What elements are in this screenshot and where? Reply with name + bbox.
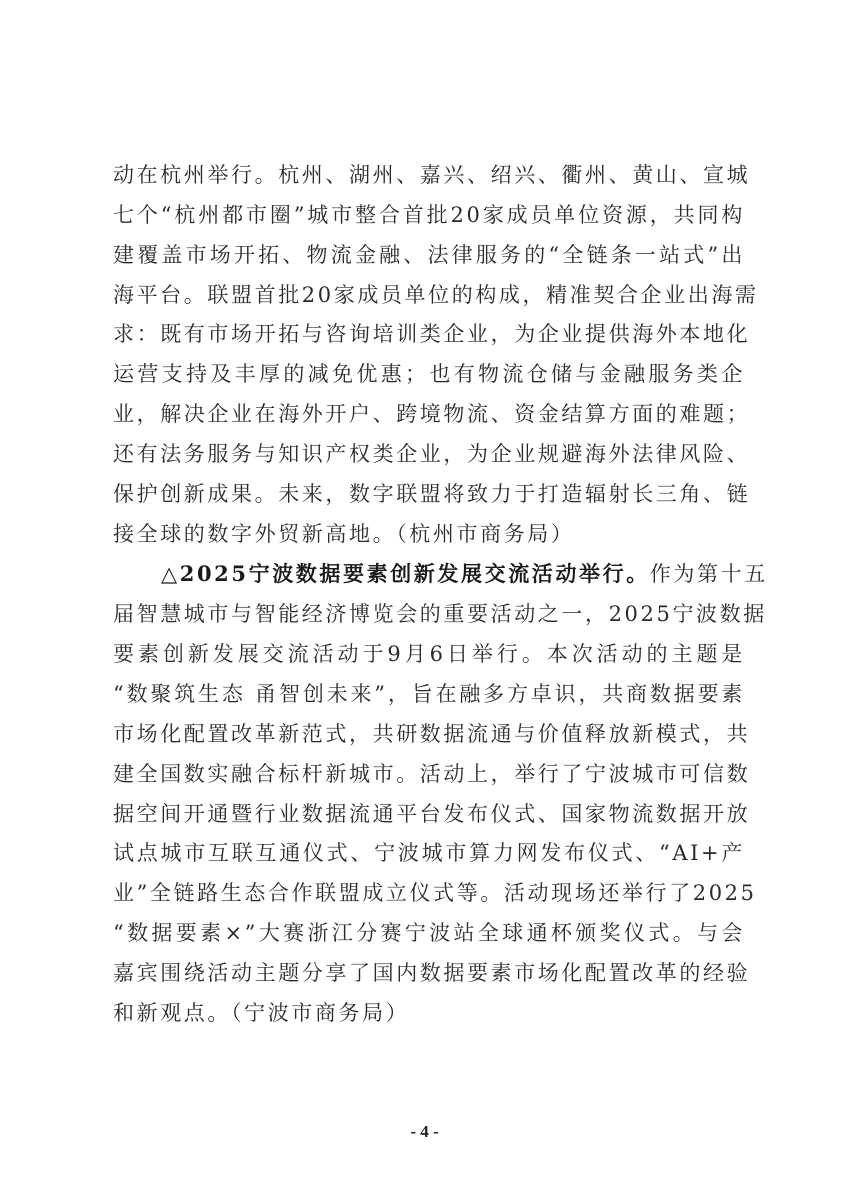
news-headline: △2025宁波数据要素创新发展交流活动举行。 xyxy=(161,561,650,586)
text-line: 据空间开通暨行业数据流通平台发布仪式、国家物流数据开放 xyxy=(113,795,745,835)
document-page: 动在杭州举行。杭州、湖州、嘉兴、绍兴、衢州、黄山、宣城 七个“杭州都市圈”城市整… xyxy=(113,156,745,1034)
source-attribution-line: 接全球的数字外贸新高地。（杭州市商务局） xyxy=(113,515,745,555)
source-attribution-line: 和新观点。（宁波市商务局） xyxy=(113,994,745,1034)
text-line: 求：既有市场开拓与咨询培训类企业，为企业提供海外本地化 xyxy=(113,315,745,355)
text-line: 业，解决企业在海外开户、跨境物流、资金结算方面的难题； xyxy=(113,395,745,435)
headline-continuation: 作为第十五 xyxy=(650,562,768,586)
paragraph-hangzhou-alliance: 动在杭州举行。杭州、湖州、嘉兴、绍兴、衢州、黄山、宣城 七个“杭州都市圈”城市整… xyxy=(113,156,745,554)
text-line: “数聚筑生态 甬智创未来”，旨在融多方卓识，共商数据要素 xyxy=(113,675,745,715)
text-line: 建全国数实融合标杆新城市。活动上，举行了宁波城市可信数 xyxy=(113,755,745,795)
page-number: - 4 - xyxy=(0,1122,849,1142)
text-line: 动在杭州举行。杭州、湖州、嘉兴、绍兴、衢州、黄山、宣城 xyxy=(113,156,745,196)
headline-line: △2025宁波数据要素创新发展交流活动举行。作为第十五 xyxy=(113,554,745,595)
paragraph-ningbo-data-event: △2025宁波数据要素创新发展交流活动举行。作为第十五 届智慧城市与智能经济博览… xyxy=(113,554,745,1033)
text-line: 运营支持及丰厚的减免优惠；也有物流仓储与金融服务类企 xyxy=(113,355,745,395)
text-line: 届智慧城市与智能经济博览会的重要活动之一，2025宁波数据 xyxy=(113,595,745,635)
text-line: 市场化配置改革新范式，共研数据流通与价值释放新模式，共 xyxy=(113,715,745,755)
text-line: 要素创新发展交流活动于9月6日举行。本次活动的主题是 xyxy=(113,635,745,675)
text-line: 还有法务服务与知识产权类企业，为企业规避海外法律风险、 xyxy=(113,435,745,475)
text-line: 试点城市互联互通仪式、宁波城市算力网发布仪式、“AI+产 xyxy=(113,834,745,874)
text-line: 业”全链路生态合作联盟成立仪式等。活动现场还举行了2025 xyxy=(113,874,745,914)
text-line: 保护创新成果。未来，数字联盟将致力于打造辐射长三角、链 xyxy=(113,475,745,515)
text-line: 建覆盖市场开拓、物流金融、法律服务的“全链条一站式”出 xyxy=(113,236,745,276)
text-line: 海平台。联盟首批20家成员单位的构成，精准契合企业出海需 xyxy=(113,276,745,316)
text-line: “数据要素×”大赛浙江分赛宁波站全球通杯颁奖仪式。与会 xyxy=(113,914,745,954)
text-line: 七个“杭州都市圈”城市整合首批20家成员单位资源，共同构 xyxy=(113,196,745,236)
text-line: 嘉宾围绕活动主题分享了国内数据要素市场化配置改革的经验 xyxy=(113,954,745,994)
